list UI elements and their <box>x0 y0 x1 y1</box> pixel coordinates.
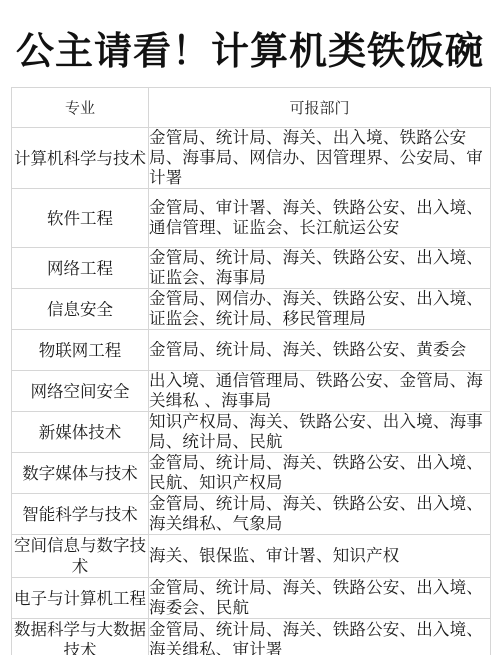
departments-cell: 金管局、统计局、海关、出入境、铁路公安局、海事局、网信办、因管理界、公安局、审计… <box>149 128 491 189</box>
column-header-departments: 可报部门 <box>149 88 491 128</box>
table-row: 电子与计算机工程金管局、统计局、海关、铁路公安、出入境、海委会、民航 <box>12 578 491 619</box>
major-cell: 物联网工程 <box>12 330 149 371</box>
table-row: 数字媒体与技术金管局、统计局、海关、铁路公安、出入境、民航、知识产权局 <box>12 453 491 494</box>
major-cell: 计算机科学与技术 <box>12 128 149 189</box>
departments-cell: 金管局、统计局、海关、铁路公安、出入境、民航、知识产权局 <box>149 453 491 494</box>
departments-cell: 金管局、统计局、海关、铁路公安、出入境、证监会、海事局 <box>149 248 491 289</box>
table-header-row: 专业 可报部门 <box>12 88 491 128</box>
major-cell: 网络空间安全 <box>12 371 149 412</box>
major-cell: 电子与计算机工程 <box>12 578 149 619</box>
major-cell: 空间信息与数字技术 <box>12 535 149 578</box>
table-row: 计算机科学与技术金管局、统计局、海关、出入境、铁路公安局、海事局、网信办、因管理… <box>12 128 491 189</box>
departments-cell: 金管局、审计署、海关、铁路公安、出入境、通信管理、证监会、长江航运公安 <box>149 189 491 248</box>
departments-cell: 海关、银保监、审计署、知识产权 <box>149 535 491 578</box>
major-cell: 新媒体技术 <box>12 412 149 453</box>
table-row: 物联网工程金管局、统计局、海关、铁路公安、黄委会 <box>12 330 491 371</box>
page-title: 公主请看！计算机类铁饭碗 <box>0 28 500 74</box>
departments-cell: 出入境、通信管理局、铁路公安、金管局、海关缉私 、海事局 <box>149 371 491 412</box>
table-row: 空间信息与数字技术海关、银保监、审计署、知识产权 <box>12 535 491 578</box>
table-row: 智能科学与技术金管局、统计局、海关、铁路公安、出入境、海关缉私、气象局 <box>12 494 491 535</box>
table-row: 数据科学与大数据技术金管局、统计局、海关、铁路公安、出入境、海关缉私、审计署 <box>12 619 491 655</box>
major-cell: 信息安全 <box>12 289 149 330</box>
departments-cell: 知识产权局、海关、铁路公安、出入境、海事局、统计局、民航 <box>149 412 491 453</box>
table-row: 网络工程金管局、统计局、海关、铁路公安、出入境、证监会、海事局 <box>12 248 491 289</box>
major-cell: 软件工程 <box>12 189 149 248</box>
majors-departments-table: 专业 可报部门 计算机科学与技术金管局、统计局、海关、出入境、铁路公安局、海事局… <box>11 87 491 655</box>
major-cell: 数字媒体与技术 <box>12 453 149 494</box>
column-header-major: 专业 <box>12 88 149 128</box>
major-cell: 数据科学与大数据技术 <box>12 619 149 655</box>
table-row: 软件工程金管局、审计署、海关、铁路公安、出入境、通信管理、证监会、长江航运公安 <box>12 189 491 248</box>
major-cell: 智能科学与技术 <box>12 494 149 535</box>
departments-cell: 金管局、网信办、海关、铁路公安、出入境、证监会、统计局、移民管理局 <box>149 289 491 330</box>
table-row: 新媒体技术知识产权局、海关、铁路公安、出入境、海事局、统计局、民航 <box>12 412 491 453</box>
table-row: 网络空间安全出入境、通信管理局、铁路公安、金管局、海关缉私 、海事局 <box>12 371 491 412</box>
table-row: 信息安全金管局、网信办、海关、铁路公安、出入境、证监会、统计局、移民管理局 <box>12 289 491 330</box>
major-cell: 网络工程 <box>12 248 149 289</box>
departments-cell: 金管局、统计局、海关、铁路公安、出入境、海关缉私、气象局 <box>149 494 491 535</box>
departments-cell: 金管局、统计局、海关、铁路公安、出入境、海关缉私、审计署 <box>149 619 491 655</box>
departments-cell: 金管局、统计局、海关、铁路公安、出入境、海委会、民航 <box>149 578 491 619</box>
departments-cell: 金管局、统计局、海关、铁路公安、黄委会 <box>149 330 491 371</box>
